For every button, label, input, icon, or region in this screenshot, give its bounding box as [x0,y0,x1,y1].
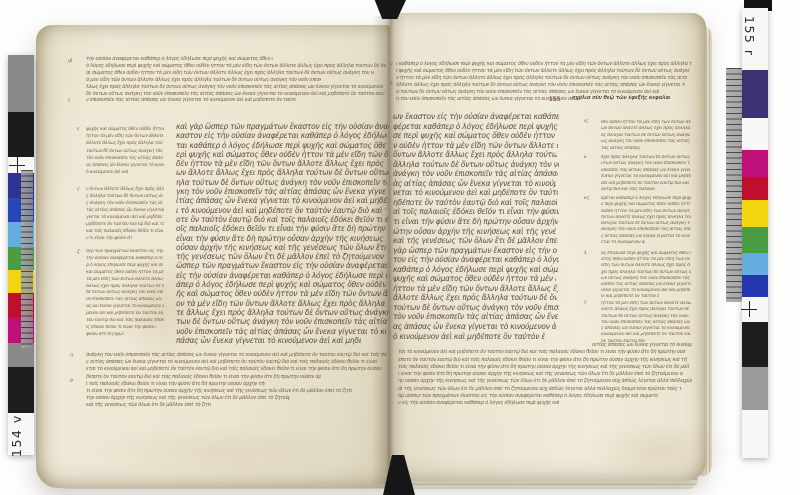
manuscript-text-line: μηδέποτε ὂν ταὐτὸν ἑαυτῷ διὸ καὶ τοῖς πα… [86,221,164,228]
margin-numeral: ϛ [390,62,393,67]
manuscript-text-line: ψυχῆς καὶ σώματος ὅθεν οὐδὲν ἧττον τὰ μὲ [86,126,164,133]
manuscript-text-line: καὶ σώματος ὅθεν οὐδὲν ἧττον τὰ μὲν εἴδη [86,270,164,277]
calibration-patch [8,367,34,413]
manuscript-text-line: δὲν ἧττον τὰ μὲν εἴδη τῶν ὄντων ἄλλοτε ἄ… [176,159,386,168]
manuscript-text-line: ας ἁπάσας ὧν ἕνεκα γίγνεται τὸ κινούμενο… [393,322,556,332]
manuscript-text-line: α τούτων δὲ ὄντων οὕτως ἀνάγκη τὸν νοῦν … [396,89,659,96]
manuscript-text-line: ας ἁπάσας ὧν ἕνεκα γίγνεται τὸ κινούμενο… [86,162,164,169]
margin-numeral: ϛ [584,300,587,305]
right-main-text: ων ἕκαστον εἰς τὴν οὐσίαν ἀναφέρεται καθ… [393,112,559,341]
margin-numeral: ιβ [68,59,73,64]
calibration-patch [8,55,34,112]
manuscript-text-line: την οὖσαν ἀρχὴν τῆς κινήσεως καὶ τῆς γεν… [86,395,290,402]
manuscript-text-line: ρ ὁ λόγος ἐδήλωσε περὶ ψυχῆς καὶ σώματος [86,263,163,270]
manuscript-text-line: τὴν οὐσίαν ἀναφέρεται καθάπερ ὁ λόγος ἐδ… [86,56,273,63]
right-margin-scholia-4: ος ἐδήλωσε περὶ ψυχῆς καὶ σώματος ὅθεν ο… [601,251,691,301]
margin-numeral: κ [584,155,587,160]
manuscript-text-line: ὰς αἰτίας ἁπάσας ὧν ἕνεκα γίγνεται τὸ κι… [393,179,556,189]
manuscript-text-line: εἰς τὴν οὐσίαν ἀναφέρεται καθάπερ ὁ λόγο… [176,271,387,280]
manuscript-text-line: ται καθάπερ ὁ λόγος ἐδήλωσε περὶ ψυχῆς κ… [176,141,386,150]
calibration-patch [742,227,768,253]
manuscript-text-line: ν ὄντων ἄλλοτε ἄλλως ἔχει πρὸς ἄλληλα το… [86,186,164,193]
manuscript-text-line: ὄντων ἄλλοτε ἄλλως ἔχει πρὸς ἄλληλα τούτ… [393,150,557,160]
manuscript-text-line: καὶ γὰρ ὥσπερ τῶν πραγμάτων ἕκαστον εἰς … [176,122,389,131]
calibration-patch [742,367,768,410]
manuscript-text-line: τε ἄλλως ἔχει πρὸς ἄλληλα τούτων δὲ ὄντω… [176,308,389,317]
manuscript-text-line: ς ἀνάγκη τὸν νοῦν ἐπισκοπεῖν τὰς αἰτίας … [86,200,163,207]
manuscript-text-line: χει πρὸς ἄλληλα τούτων δὲ ὄντων οὕτως ἀν… [601,270,691,276]
margin-numeral: κϛ [584,196,589,201]
manuscript-text-line: εται τὸ κινούμενον ἀεὶ καὶ μηδέποτε ὂν τ… [601,240,645,246]
manuscript-text-line: η τὸν νοῦν ἐπισκοπεῖν τὰς αἰτίας ἁπάσας … [396,96,580,103]
manuscript-text-line: οτε ὂν ταὐτὸν ἑαυτῷ διὸ καὶ τοῖς παλαιοῖ… [176,215,389,224]
manuscript-text-line: ῶν ὄντων ἄλλοτε ἄλλως ἔχει πρὸς ἄλληλα τ… [601,126,690,132]
manuscript-text-line: ι τὸ κινούμενον ἀεὶ καὶ μηδέποτε ὂν ταὐτ… [176,206,386,215]
manuscript-text-line: αυτῷ διὸ καὶ τοῖς παλαιοῖς ἐδόκει θεῖόν … [601,187,655,193]
manuscript-photo-canvas: 154 v 155 r 155 σχόλια σὺν θεῷ τῶν ἐφεξῆ… [0,0,800,495]
manuscript-text-line: περ τῶν πραγμάτων ἕκαστον εἰς τὴν οὐσίαν [86,249,164,256]
manuscript-text-line: ῦν ἐπισκοπεῖν τὰς αἰτίας ἁπάσας ὧν ἕνεκα [86,297,163,304]
manuscript-text-line: ι εἶναι τὴν φύσιν ἅτε δὴ πρώτην οὖσαν ἀρ… [398,371,683,378]
manuscript-text-line: ων ἄλλοτε ἄλλως ἔχει πρὸς ἄλληλα τούτων … [176,168,389,177]
manuscript-text-line: αἰτίας ἁπάσας ὧν ἕνεκα γίγνεται τὸ κινού… [592,342,692,349]
manuscript-text-line: καὶ τῆς γενέσεως τῶν ὅλων ἔτι δὲ μᾶλλον … [86,402,211,409]
ruler-left [21,170,33,348]
manuscript-text-line: γὰρ ὥσπερ τῶν πραγμάτων ἕκαστον εἰς τὴν … [393,246,557,256]
manuscript-text-line: ν ἐπισκοπεῖν τὰς αἰτίας ἁπάσας ὧν ἕνεκα … [86,97,296,104]
left-main-text: καὶ γὰρ ὥσπερ τῶν πραγμάτων ἕκαστον εἰς … [176,122,389,345]
margin-numeral: ε [77,127,79,132]
manuscript-text-line: φύσιν ἅτε δὴ πρώτην οὖσαν ἀρχὴν τῆς κινή… [86,332,124,339]
manuscript-text-line: τὸν νοῦν ἐπισκοπεῖν τὰς αἰτίας ἁπάσας ὧν… [393,312,558,322]
margin-numeral: ϛ [77,187,80,192]
manuscript-text-line: ἄλληλα τούτων δὲ ὄντων οὕτως ἀνάγκη τὸν … [393,160,559,170]
manuscript-text-line: τῆς γενέσεως τῶν ὅλων ἔτι δὲ μᾶλλον ἐπεὶ… [176,252,386,261]
manuscript-text-line: δὲ ὄντων οὕτως ἀνάγκη τὸν νοῦν ἐπισκοπεῖ [86,290,163,297]
manuscript-text-line: ἄλλοτε ἄλλως ἔχει πρὸς ἄλληλα τούτων δὲ … [86,140,163,147]
calibration-patch [742,177,768,200]
manuscript-text-line: οὖσαν ἀρχὴν τῆς κινήσεως καὶ τῆς γενέσεω… [176,243,388,252]
left-margin-scholia-2: ν ὄντων ἄλλοτε ἄλλως ἔχει πρὸς ἄλληλα το… [86,186,164,242]
manuscript-text-line: αὶ σώματος ὅθεν οὐδὲν ἧττον τὰ μὲν εἴδη … [86,70,374,77]
manuscript-text-line: λλοτε ἄλλως ἔχει πρὸς ἄλληλα τούτων δὲ ὄ… [601,307,690,313]
manuscript-text-line: ὶ τοῖς παλαιοῖς ἐδόκει θεῖόν τι εἶναι τὴ… [86,381,265,388]
manuscript-text-line: σε περὶ ψυχῆς καὶ σώματος ὅθεν οὐδὲν ἧττ… [393,131,556,141]
calibration-patch [742,150,768,177]
manuscript-text-line: ψυχῆς καὶ σώματος ὅθεν οὐδὲν ἧττον τὰ μὲ… [393,274,556,284]
manuscript-text-line: ῆς καὶ σώματος ὅθεν οὐδὲν ἧττον τὰ μὲν ε… [176,289,388,298]
right-margin-scholia-1: θεν οὐδὲν ἧττον τὰ μὲν εἴδη τῶν ὄντων ἄλ… [601,120,691,152]
manuscript-text-line: τὰς αἰτίας ἁπάσας ὧν ἕνεκα γίγνεται τὸ κ… [86,207,164,214]
manuscript-text-line: ν οὐδὲν ἧττον τὰ μὲν εἴδη τῶν ὄντων ἄλλο… [393,141,558,151]
manuscript-text-line: αὶ τοῖς παλαιοῖς ἐδόκει θεῖόν τι εἶναι τ… [393,207,559,217]
margin-numeral: θ [70,379,73,384]
manuscript-text-line: νοῦν ἐπισκοπεῖν τὰς αἰτίας ἁπάσας ὧν ἕνε… [176,327,386,336]
manuscript-text-line: οὐδὲν ἧττον τὰ μὲν εἴδη τῶν ὄντων ἄλλοτε… [601,209,690,215]
margin-numeral: ζ [77,250,80,255]
manuscript-text-line: ῖς ἐδόκει θεῖόν τι εἶναι τὴν φύσιν ἅτε δ… [86,325,156,332]
manuscript-text-line: ηλα τούτων δὲ ὄντων οὕτως ἀνάγκη τὸν νοῦ… [176,178,387,187]
manuscript-text-line: ὥσπερ τῶν πραγμάτων ἕκαστον εἰς τὴν οὐσί… [176,261,389,270]
registration-crosshair-left [9,157,25,173]
manuscript-text-line: δὲ ὄντων οὕτως ἀνάγκη τὸν νοῦν ἐπισκοπεῖ… [86,91,385,98]
manuscript-text-line: ερὶ ψυχῆς καὶ σώματος ὅθεν οὐδὲν ἧττον τ… [176,150,388,159]
manuscript-text-line: ἀνάγκη τὸν νοῦν ἐπισκοπεῖν τὰς αἰτίας ἁπ… [86,352,388,359]
manuscript-text-line: ντων οὕτως ἀνάγκη τὸν νοῦν ἐπισκοπεῖν τὰ… [601,161,690,167]
right-bottom-scholia: αἰτίας ἁπάσας ὧν ἕνεκα γίγνεται τὸ κινού… [398,342,692,408]
manuscript-text-line: εὶ καὶ μηδέποτε ὂν ταὐτὸν ἑαυτῷ διὸ καὶ … [601,294,659,300]
manuscript-text-line: ὶ ψυχῆς καὶ σώματος ὅθεν οὐδὲν ἧττον τὰ … [396,68,690,75]
margin-numeral: δ [390,82,393,87]
manuscript-text-line: τι εἶναι τὴν φύσιν ἅτε δὴ πρώτην οὖσαν ἀ… [86,388,352,395]
manuscript-text-line: τούτων δὲ ὄντων οὕτως ἀνάγκη τὸν νοῦν ἐπ [86,148,164,155]
manuscript-text-line: ς ἄλληλα τούτων δὲ ὄντων οὕτως ἀνάγκη τὸ… [86,193,163,200]
manuscript-text-line: ἰτίας ἁπάσας ὧν ἕνεκα γίγνεται τὸ κινούμ… [176,196,388,205]
manuscript-text-line: ν ἧττον τὰ μὲν εἴδη τῶν ὄντων ἄλλοτε ἄλλ… [396,75,687,82]
calibration-patch [742,275,768,297]
manuscript-text-line: ἄλλως ἔχει πρὸς ἄλληλα τούτων δὲ ὄντων ο… [86,284,164,291]
manuscript-text-line: ον τὰ μὲν εἴδη τῶν ὄντων ἄλλοτε ἄλλως ἔχ… [176,299,386,308]
manuscript-text-line: ἧττον τὰ μὲν εἴδη τῶν ὄντων ἄλλοτε ἄλλως… [393,284,558,294]
manuscript-text-line: ἕνεκα γίγνεται τὸ κινούμενον ἀεὶ καὶ μηδ… [601,174,691,180]
manuscript-text-line: ν εἰς τὴν οὐσίαν ἀναφέρεται καθάπερ ὁ λό… [398,400,559,407]
right-top-scholia: ι καθάπερ ὁ λόγος ἐδήλωσε περὶ ψυχῆς καὶ… [396,61,692,102]
manuscript-text-line: ἧττον τὰ μὲν εἴδη τῶν ὄντων ἄλλοτε ἄλλως [86,133,163,140]
manuscript-text-line: ὸ κινούμενον ἀεὶ καὶ μηδέποτε ὂν ταὐτὸν … [86,169,129,176]
manuscript-text-line: γνεται τὸ κινούμενον ἀεὶ καὶ μηδέποτε ὂν [86,214,163,221]
manuscript-text-line: εἶναι τὴν φύσιν ἅτε δὴ πρώτην οὖσαν ἀρχὴ… [176,234,386,243]
margin-numeral: ιϛ [584,119,588,124]
manuscript-text-line: ὸ κινούμενον ἀεὶ καὶ μηδέποτε ὂν ταὐτὸν … [393,332,545,342]
manuscript-text-line: ὰ μὲν εἴδη τῶν ὄντων ἄλλοτε ἄλλως ἔχει π… [86,77,321,84]
manuscript-text-line: δέποτε ὂν ταὐτὸν ἑαυτῷ διὸ καὶ τοῖς παλα… [86,374,321,381]
manuscript-text-line: τοῖς παλαιοῖς ἐδόκει θεῖόν τι εἶναι τὴν … [398,364,691,371]
manuscript-text-line: τι εἶναι τὴν φύσιν ἅτε δὴ πρώτην οὖσαν ἀ… [393,217,558,227]
ruler-right [726,68,742,302]
calibration-patch [742,253,768,275]
manuscript-text-line: ς αἰτίας ἁπάσας ὧν ἕνεκα γίγνεται τὸ κιν… [86,359,380,366]
manuscript-text-line: φέρεται καθάπερ ὁ λόγος ἐδήλωσε περὶ ψυχ… [393,122,558,132]
manuscript-text-line: γκη τὸν νοῦν ἐπισκοπεῖν τὰς αἰτίας ἁπάσα… [176,187,386,196]
right-margin-scholia-5: ἧττον τὰ μὲν εἴδη τῶν ὄντων ἄλλοτε ἄλλως… [601,301,691,345]
right-margin-scholia-3: έρεται καθάπερ ὁ λόγος ἐδήλωσε περὶ ψυχῆ… [601,196,691,246]
manuscript-text-line: τον εἰς τὴν οὐσίαν ἀναφέρεται καθάπερ ὁ … [393,255,559,265]
manuscript-text-line: ας ὧν ἕνεκα γίγνεται τὸ κινούμενον ἀεὶ κ… [86,304,164,311]
left-top-scholia: τὴν οὐσίαν ἀναφέρεται καθάπερ ὁ λόγος ἐδ… [86,56,388,104]
calibration-patch [742,200,768,227]
manuscript-text-line: πάσας ὧν ἕνεκα γίγνεται τὸ κινούμενον ἀε… [176,336,361,345]
folio-label-154v: 154 v [9,414,24,457]
manuscript-text-line: ως ἀνάγκη τὸν νοῦν ἐπισκοπεῖν τὰς αἰτίας… [601,139,691,145]
left-bottom-scholia: ἀνάγκη τὸν νοῦν ἐπισκοπεῖν τὰς αἰτίας ἁπ… [86,352,388,410]
manuscript-text-line: μενον ἀεὶ καὶ μηδέποτε ὂν ταὐτὸν ἑαυτῷ δ… [86,311,163,318]
manuscript-text-line: τὰς αἰτίας ἁπάσας ὧν ἕνεκα γίγνεται τὸ κ… [601,146,641,152]
manuscript-text-line: ἄλλοτε ἄλλως ἔχει πρὸς ἄλληλα τούτων δὲ … [396,82,685,89]
manuscript-text-line: κινούμενον ἀεὶ καὶ μηδέποτε ὂν ταὐτὸν ἑα… [601,332,691,338]
manuscript-text-line: των δὲ ὄντων οὕτως ἀνάγκη τὸν νοῦν ἐπισκ… [176,317,387,326]
manuscript-text-line: ἀνάγκη τὸν νοῦν ἐπισκοπεῖν τὰς αἰτίας ἁπ… [393,169,558,179]
manuscript-text-line: ὰρ ὥσπερ τῶν πραγμάτων ἕκαστον εἰς τὴν ο… [398,393,658,400]
left-margin-scholia-3: περ τῶν πραγμάτων ἕκαστον εἰς τὴν οὐσίαν… [86,249,164,339]
margin-numeral: ϛ [68,98,71,103]
manuscript-text-line: λλως ἔχει πρὸς ἄλληλα τούτων δὲ ὄντων οὕ… [86,84,384,91]
manuscript-text-line: οῖς παλαιοῖς ἐδόκει θεῖόν τι εἶναι τὴν φ… [176,224,387,233]
calibration-patch [8,112,34,157]
calibration-patch [742,118,768,150]
manuscript-text-line: ων ἕκαστον εἰς τὴν οὐσίαν ἀναφέρεται καθ… [393,112,559,122]
manuscript-text-line: νεται τὸ κινούμενον ἀεὶ καὶ μηδέποτε ὂν … [393,188,558,198]
manuscript-text-line: ται τὸ κινούμενον ἀεὶ καὶ μηδέποτε ὂν τα… [398,349,690,356]
manuscript-text-line: ε περὶ ψυχῆς καὶ σώματος ὅθεν οὐδὲν ἧττο… [601,202,690,208]
registration-crosshair-right [741,301,757,317]
manuscript-text-line: ἀνάγκη τὸν νοῦν ἐπισκοπεῖν τὰς αἰτίας ἁπ… [601,227,691,233]
manuscript-text-line: καὶ τοῖς παλαιοῖς ἐδόκει θεῖόν τι εἶναι … [86,228,163,235]
manuscript-text-line: τὰ μὲν εἴδη τῶν ὄντων ἄλλοτε ἄλλως ἔχει … [86,277,163,284]
calibration-patch [742,70,768,118]
manuscript-text-line: ώτην οὖσαν ἀρχὴν τῆς κινήσεως καὶ τῆς γε… [393,227,556,237]
manuscript-text-line: ὁ λόγος ἐδήλωσε περὶ ψυχῆς καὶ σώματος ὅ… [86,63,386,70]
right-margin-scholia-2: ἔχει πρὸς ἄλληλα τούτων δὲ ὄντων οὕτως ἀ… [601,155,691,193]
margin-numeral: η [70,353,73,358]
manuscript-text-line: τὸν νοῦν ἐπισκοπεῖν τὰς αἰτίας ἁπάσας ὧν [86,155,163,162]
manuscript-text-line: εἴδη τῶν ὄντων ἄλλοτε ἄλλως ἔχει πρὸς ἄλ… [601,263,690,269]
manuscript-text-line: άπερ ὁ λόγος ἐδήλωσε περὶ ψυχῆς καὶ σώμα… [176,280,386,289]
calibration-patch [742,410,768,458]
left-margin-scholia-1: ψυχῆς καὶ σώματος ὅθεν οὐδὲν ἧττον τὰ μὲ… [86,126,164,176]
margin-numeral: λ [584,251,587,256]
manuscript-text-line: ν τι εἶναι τὴν φύσιν ἅτε δὴ πρώτην οὖσαν [86,235,132,242]
parchment-stain [585,420,735,480]
manuscript-text-line: καὶ τῆς γενέσεως τῶν ὅλων ἔτι δὲ μᾶλλον … [393,236,558,246]
manuscript-text-line: καθάπερ ὁ λόγος ἐδήλωσε περὶ ψυχῆς καὶ σ… [393,265,558,275]
manuscript-text-line: καστον εἰς τὴν οὐσίαν ἀναφέρεται καθάπερ… [176,131,387,140]
calibration-patch [742,322,768,367]
manuscript-text-line: ηδέποτε ὂν ταὐτὸν ἑαυτῷ διὸ καὶ τοῖς παλ… [393,198,557,208]
manuscript-text-line: εται τὸ κινούμενον ἀεὶ καὶ μηδέποτε ὂν τ… [86,366,383,373]
manuscript-text-line: ἄλλοτε ἄλλως ἔχει πρὸς ἄλληλα τούτων δὲ … [393,293,557,303]
manuscript-text-line: ην οὖσαν ἀρχὴν τῆς κινήσεως καὶ τῆς γενέ… [398,378,692,385]
color-calibration-strip-right [742,8,768,458]
folio-label-155r: 155 r [742,16,757,56]
manuscript-text-line: τὴν οὐσίαν ἀναφέρεται καθάπερ ὁ λόγος ἐδ [86,256,163,263]
manuscript-text-line: ι καθάπερ ὁ λόγος ἐδήλωσε περὶ ψυχῆς καὶ… [396,61,692,68]
manuscript-text-line: αὶ τῆς γενέσεως τῶν ὅλων ἔτι δὲ μᾶλλον ἐ… [398,386,681,393]
manuscript-text-line: τὸν ἑαυτῷ διὸ καὶ τοῖς παλαιοῖς ἐδόκει θ… [86,318,164,325]
manuscript-text-line: τούτων δὲ ὄντων οὕτως ἀνάγκη τὸν νοῦν ἐπ… [601,314,690,320]
manuscript-text-line: τούτων δὲ ὄντων οὕτως ἀνάγκη τὸν νοῦν ἐπ… [393,303,559,313]
manuscript-text-line: έποτε ὂν ταὐτὸν ἑαυτῷ διὸ καὶ τοῖς παλαι… [398,357,687,364]
parchment-stain [90,425,350,480]
